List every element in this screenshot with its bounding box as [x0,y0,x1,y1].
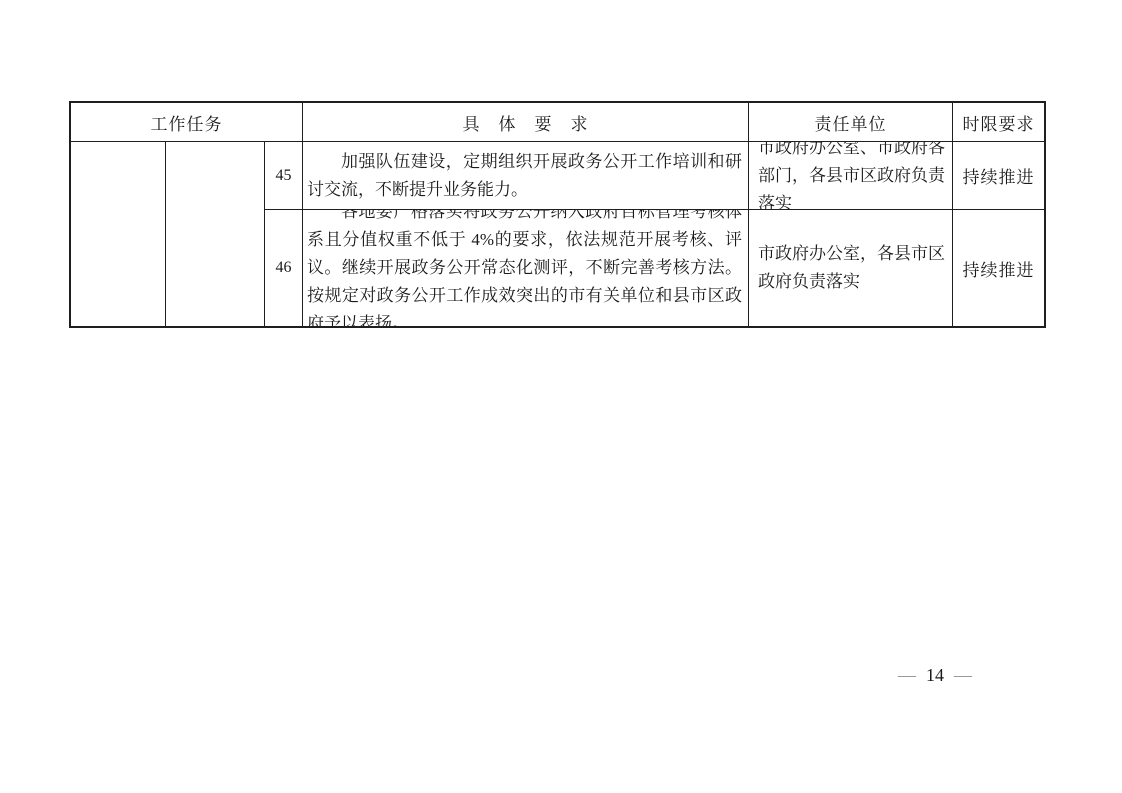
table-row-45-responsible: 市政府办公室、市政府各部门，各县市区政府负责落实 [749,142,953,210]
column-header-requirements-label: 具 体 要 求 [463,110,589,135]
page-number-dash-right: — [954,666,972,684]
table-row-46-responsible: 市政府办公室，各县市区政府负责落实 [749,210,953,326]
table-row-46-requirement: 各地要严格落实将政务公开纳入政府目标管理考核体系且分值权重不低于 4%的要求，依… [303,210,749,326]
responsible-text: 市政府办公室，各县市区政府负责落实 [758,240,946,296]
task-table: 工作任务 具 体 要 求 责任单位 时限要求 45 加强队伍建设，定期组织开展政… [69,101,1046,328]
table-row-46-number: 46 [265,210,303,326]
deadline-text: 持续推进 [963,256,1035,281]
column-header-task: 工作任务 [71,103,303,142]
page-number: — 14 — [898,662,972,688]
column-header-deadline-label: 时限要求 [963,110,1035,135]
column-header-responsible: 责任单位 [749,103,953,142]
table-row-45-requirement: 加强队伍建设，定期组织开展政务公开工作培训和研讨交流，不断提升业务能力。 [303,142,749,210]
task-subcategory-cell-empty [166,142,265,326]
column-header-requirements: 具 体 要 求 [303,103,749,142]
deadline-text: 持续推进 [963,163,1035,188]
table-row-46-deadline: 持续推进 [953,210,1044,326]
table-row-45-number: 45 [265,142,303,210]
column-header-deadline: 时限要求 [953,103,1044,142]
requirement-text: 加强队伍建设，定期组织开展政务公开工作培训和研讨交流，不断提升业务能力。 [307,148,742,204]
task-category-cell-empty [71,142,166,326]
responsible-text: 市政府办公室、市政府各部门，各县市区政府负责落实 [758,142,946,210]
document-page: 工作任务 具 体 要 求 责任单位 时限要求 45 加强队伍建设，定期组织开展政… [0,0,1122,793]
requirement-text: 各地要严格落实将政务公开纳入政府目标管理考核体系且分值权重不低于 4%的要求，依… [307,210,742,326]
column-header-responsible-label: 责任单位 [815,110,887,135]
row-number: 46 [276,259,292,277]
column-header-task-label: 工作任务 [151,110,223,135]
row-number: 45 [276,167,292,185]
page-number-value: 14 [926,665,944,686]
table-row-45-deadline: 持续推进 [953,142,1044,210]
page-number-dash-left: — [898,666,916,684]
